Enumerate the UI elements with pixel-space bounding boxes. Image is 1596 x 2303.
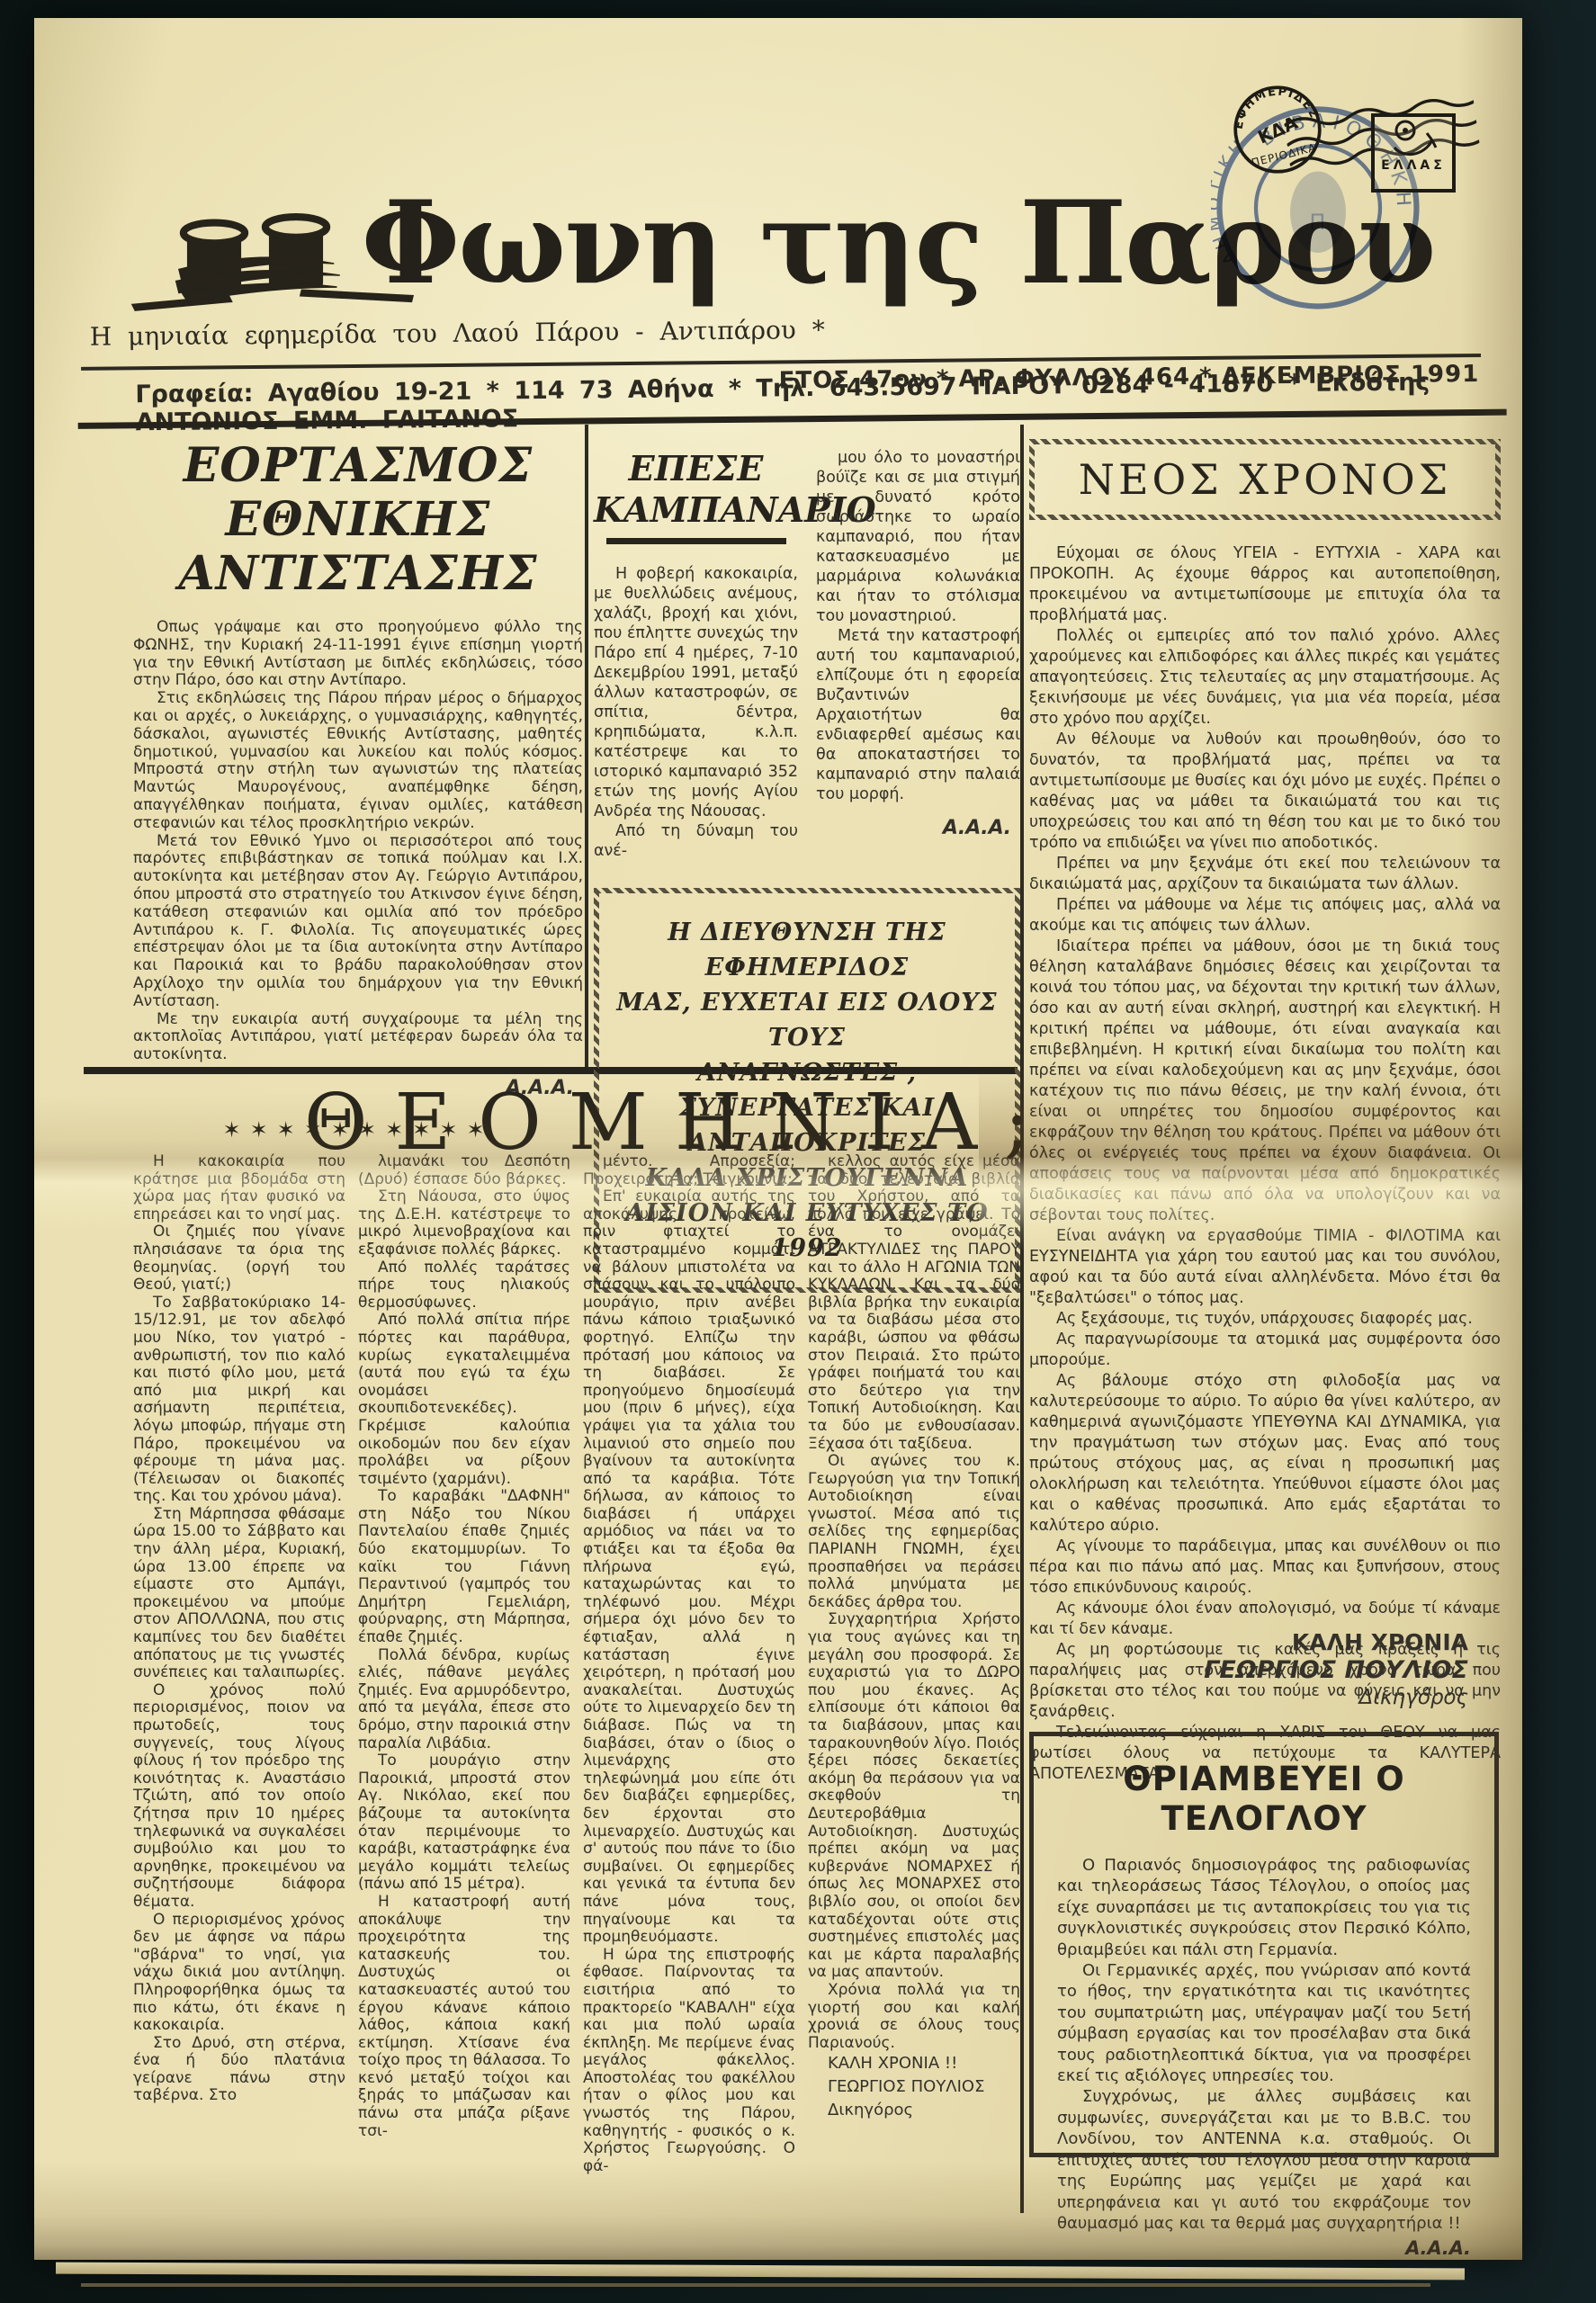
- paragraph: Η φοβερή κακοκαιρία, με θυελλώδεις ανέμο…: [594, 564, 798, 821]
- paragraph: Ιδιαίτερα πρέπει να μάθουν, όσοι με τη δ…: [1029, 936, 1501, 1226]
- paragraph: Από τη δύναμη του ανέ-: [594, 821, 798, 861]
- postal-stamp-label: ΕΛΛΑΣ: [1381, 158, 1446, 173]
- paragraph: Πολλές οι εμπειρίες από τον παλιό χρόνο.…: [1029, 626, 1501, 730]
- paragraph: Εύχομαι σε όλους ΥΓΕΙΑ - ΕΥΤΥΧΙΑ - ΧΑΡΑ …: [1029, 543, 1501, 626]
- paragraph: Ο περιορισμένος χρόνος δεν με άφησε να π…: [133, 1912, 345, 2035]
- paragraph: Ο Παριανός δημοσιογράφος της ραδιοφωνίας…: [1057, 1855, 1471, 1960]
- paragraph: Πρέπει να μην ξεχνάμε ότι εκεί που τελει…: [1029, 854, 1501, 895]
- paragraph: Στη Νάουσα, στο ύψος της Δ.Ε.Η. κατέστρε…: [358, 1188, 570, 1259]
- paragraph: λιμανάκι του Δεσπότη (Δρυό) έσπασε δύο β…: [358, 1153, 570, 1188]
- headline-underline-bar: [606, 538, 786, 544]
- paragraph: Χρόνια πολλά για τη γιορτή σου και καλή …: [808, 1982, 1020, 2052]
- paragraph: Ο χρόνος πολύ περιορισμένος, ποιον να πρ…: [133, 1682, 345, 1912]
- article-neos-chronos-body: Εύχομαι σε όλους ΥΓΕΙΑ - ΕΥΤΥΧΙΑ - ΧΑΡΑ …: [1029, 543, 1501, 1785]
- wishes-line: Η ΔΙΕΥΘΥΝΣΗ ΤΗΣ ΕΦΗΜΕΡΙΔΟΣ: [608, 915, 1006, 985]
- column-divider-right: [1020, 425, 1024, 2213]
- article-theominia: Η κακοκαιρία που κράτησε μια βδομάδα στη…: [133, 1153, 1020, 2175]
- paragraph: κελλος αυτός είχε μέσα τα δύο τελευταία …: [808, 1153, 1020, 1453]
- paragraph: Οι Γερμανικές αρχές, που γνώρισαν από κο…: [1057, 1960, 1471, 2086]
- signature-line: ΚΑΛΗ ΧΡΟΝΙΑ: [1204, 1628, 1468, 1656]
- paragraph: Το καραβάκι "ΔΑΦΝΗ" στη Νάξο του Νίκου Π…: [358, 1488, 570, 1646]
- article-eortasmos: ΕΟΡΤΑΣΜΟΣΕΘΝΙΚΗΣΑΝΤΙΣΤΑΣΗΣ Οπως γράψαμε …: [133, 439, 583, 1143]
- article-eortasmos-headline: ΕΟΡΤΑΣΜΟΣΕΘΝΙΚΗΣΑΝΤΙΣΤΑΣΗΣ: [133, 439, 583, 601]
- article-eortasmos-body: Οπως γράψαμε και στο προηγούμενο φύλλο τ…: [133, 619, 583, 1064]
- paragraph: Το Σαββατοκύριακο 14-15/12.91, με τον αδ…: [133, 1295, 345, 1506]
- article-neos-chronos: ΝΕΟΣ ΧΡΟΝΟΣ Εύχομαι σε όλους ΥΓΕΙΑ - ΕΥΤ…: [1029, 439, 1501, 1725]
- article-signature: Α.Α.Α.: [816, 817, 1020, 839]
- column-divider-left: [585, 425, 588, 1067]
- signature-line: Δικηγόρος: [808, 2099, 1020, 2122]
- paragraph: Πολλά δένδρα, κυρίως ελιές, πάθανε μεγάλ…: [358, 1647, 570, 1753]
- theominia-column-3: μέντο. Απροσεξία; Προχειρότητα; Τσιγκουν…: [583, 1153, 795, 2175]
- paragraph: μου όλο το μοναστήρι βούϊζε και σε μια σ…: [816, 448, 1020, 626]
- underlying-page-edge-line: [81, 2283, 1430, 2287]
- article-epese-headline: ΕΠΕΣΕΚΑΜΠΑΝΑΡΙΟ: [594, 448, 798, 531]
- paragraph: Από πολλά σπίτια πήρε πόρτες και παράθυρ…: [358, 1312, 570, 1488]
- postal-horn-icon: [1387, 117, 1439, 160]
- signature-line: ΓΕΩΡΓΙΟΣ ΠΟΥΛΙΟΣ: [808, 2075, 1020, 2099]
- wishes-line: ΜΑΣ, ΕΥΧΕΤΑΙ ΕΙΣ ΟΛΟΥΣ ΤΟΥΣ: [608, 985, 1006, 1055]
- article-teloglou-box: ΘΡΙΑΜΒΕΥΕΙ Ο ΤΕΛΟΓΛΟΥ Ο Παριανός δημοσιο…: [1029, 1732, 1499, 2157]
- paragraph: Είναι ανάγκη να εργασθούμε ΤΙΜΙΑ - ΦΙΛΟΤ…: [1029, 1226, 1501, 1309]
- headline-line: ΚΑΜΠΑΝΑΡΙΟ: [594, 489, 798, 531]
- article-neos-chronos-headline: ΝΕΟΣ ΧΡΟΝΟΣ: [1044, 455, 1486, 504]
- article-signature: Α.Α.Α.: [1057, 2237, 1471, 2259]
- paragraph: Αν θέλουμε να λυθούν και προωθηθούν, όσο…: [1029, 730, 1501, 854]
- paragraph: Ας παραγνωρίσουμε τα ατομικά μας συμφέρο…: [1029, 1330, 1501, 1371]
- paragraph: Η κακοκαιρία που κράτησε μια βδομάδα στη…: [133, 1153, 345, 1223]
- epese-right-text: μου όλο το μοναστήρι βούϊζε και σε μια σ…: [816, 448, 1020, 804]
- headline-line: ΕΠΕΣΕ: [594, 448, 798, 489]
- headline-line: ΑΝΤΙΣΤΑΣΗΣ: [133, 547, 583, 601]
- paragraph: Η καταστροφή αυτή αποκάλυψε την προχειρό…: [358, 1894, 570, 2140]
- postal-service-stamp: ΕΛΛΑΣ: [1371, 113, 1456, 193]
- headline-line: ΕΟΡΤΑΣΜΟΣ: [133, 439, 583, 493]
- newspaper-page: Φωνη της Παρου ΒΙΒΛΙΟΘΗΚΗ ΔΗΜΟΤΙΚΗ Π ΕΦΗ…: [34, 18, 1522, 2260]
- paragraph: Ας ξεχάσουμε, τις τυχόν, υπάρχουσες διαφ…: [1029, 1309, 1501, 1330]
- signature-line: ΓΕΩΡΓΙΟΣ ΠΟΥΛΙΟΣ: [1204, 1656, 1468, 1684]
- paragraph: Το μουράγιο στην Παροικιά, μπροστά στον …: [358, 1752, 570, 1894]
- signature-line: Δικηγόρος: [1204, 1684, 1468, 1712]
- article-signature-block: ΚΑΛΗ ΧΡΟΝΙΑΓΕΩΡΓΙΟΣ ΠΟΥΛΙΟΣΔικηγόρος: [1204, 1628, 1468, 1712]
- epese-right-subcolumn: μου όλο το μοναστήρι βούϊζε και σε μια σ…: [816, 448, 1020, 861]
- svg-text:Π: Π: [1309, 210, 1325, 235]
- paragraph: Μετά τον Εθνικό Υμνο οι περισσότεροι από…: [133, 833, 583, 1011]
- paragraph: Συγχαρητήρια Χρήστο για τους αγώνες και …: [808, 1611, 1020, 1981]
- epese-left-text: Η φοβερή κακοκαιρία, με θυελλώδεις ανέμο…: [594, 564, 798, 861]
- article-teloglou-body: Ο Παριανός δημοσιογράφος της ραδιοφωνίας…: [1057, 1855, 1471, 2234]
- theominia-column-2: λιμανάκι του Δεσπότη (Δρυό) έσπασε δύο β…: [358, 1153, 570, 2175]
- article-signature-block: ΚΑΛΗ ΧΡΟΝΙΑ !!ΓΕΩΡΓΙΟΣ ΠΟΥΛΙΟΣΔικηγόρος: [808, 2052, 1020, 2122]
- paragraph: Η ώρα της επιστροφής έφθασε. Παίρνοντας …: [583, 1947, 795, 2176]
- paragraph: Από πολλές ταράτσες πήρε τους ηλιακούς θ…: [358, 1259, 570, 1313]
- paragraph: Μετά την καταστροφή αυτή του καμπαναριού…: [816, 626, 1020, 804]
- theominia-column-4: κελλος αυτός είχε μέσα τα δύο τελευταία …: [808, 1153, 1020, 2175]
- paragraph: Στο Δρυό, στη στέρνα, ένα ή δύο πλατάνια…: [133, 2035, 345, 2105]
- paragraph: Στις εκδηλώσεις της Πάρου πήραν μέρος ο …: [133, 690, 583, 832]
- article-teloglou-headline: ΘΡΙΑΜΒΕΥΕΙ Ο ΤΕΛΟΓΛΟΥ: [1057, 1760, 1471, 1839]
- paragraph: μέντο. Απροσεξία; Προχειρότητα; Τσιγκουν…: [583, 1153, 795, 1188]
- paragraph: Με την ευκαιρία αυτή συγχαίρουμε τα μέλη…: [133, 1011, 583, 1064]
- paragraph: Οι αγώνες του κ. Γεωργούση για την Τοπικ…: [808, 1453, 1020, 1611]
- signature-line: ΚΑΛΗ ΧΡΟΝΙΑ !!: [808, 2052, 1020, 2075]
- paragraph: Επ' ευκαιρία αυτής της αποκάλυψης προτεί…: [583, 1188, 795, 1947]
- paragraph: Πρέπει να μάθουμε να λέμε τις απόψεις μα…: [1029, 895, 1501, 936]
- paragraph: Ας γίνουμε το παράδειγμα, μπας και συνέλ…: [1029, 1537, 1501, 1599]
- masthead-info-block: Η μηνιαία εφημερίδα του Λαού Πάρου - Αντ…: [31, 4, 1519, 19]
- paragraph: Οι ζημιές που γίνανε πλησιάσανε τα όρια …: [133, 1223, 345, 1294]
- scanned-newspaper-photo: { "surface": { "paper_color": "#e9dfb2",…: [0, 0, 1596, 2303]
- underlying-page-edge: [56, 2263, 1465, 2281]
- paragraph: Οπως γράψαμε και στο προηγούμενο φύλλο τ…: [133, 619, 583, 690]
- paragraph: Συγχρόνως, με άλλες συμβάσεις και συμφων…: [1057, 2086, 1471, 2234]
- epese-left-subcolumn: ΕΠΕΣΕΚΑΜΠΑΝΑΡΙΟ Η φοβερή κακοκαιρία, με …: [594, 448, 798, 861]
- headline-line: ΕΘΝΙΚΗΣ: [133, 493, 583, 547]
- theominia-column-1: Η κακοκαιρία που κράτησε μια βδομάδα στη…: [133, 1153, 345, 2175]
- neos-chronos-title-box: ΝΕΟΣ ΧΡΟΝΟΣ: [1029, 439, 1501, 520]
- theominia-column-4-text: κελλος αυτός είχε μέσα τα δύο τελευταία …: [808, 1153, 1020, 2052]
- paragraph: Ας βάλουμε στόχο στη φιλοδοξία μας να κα…: [1029, 1371, 1501, 1537]
- paragraph: Στη Μάρπησσα φθάσαμε ώρα 15.00 το Σάββατ…: [133, 1506, 345, 1682]
